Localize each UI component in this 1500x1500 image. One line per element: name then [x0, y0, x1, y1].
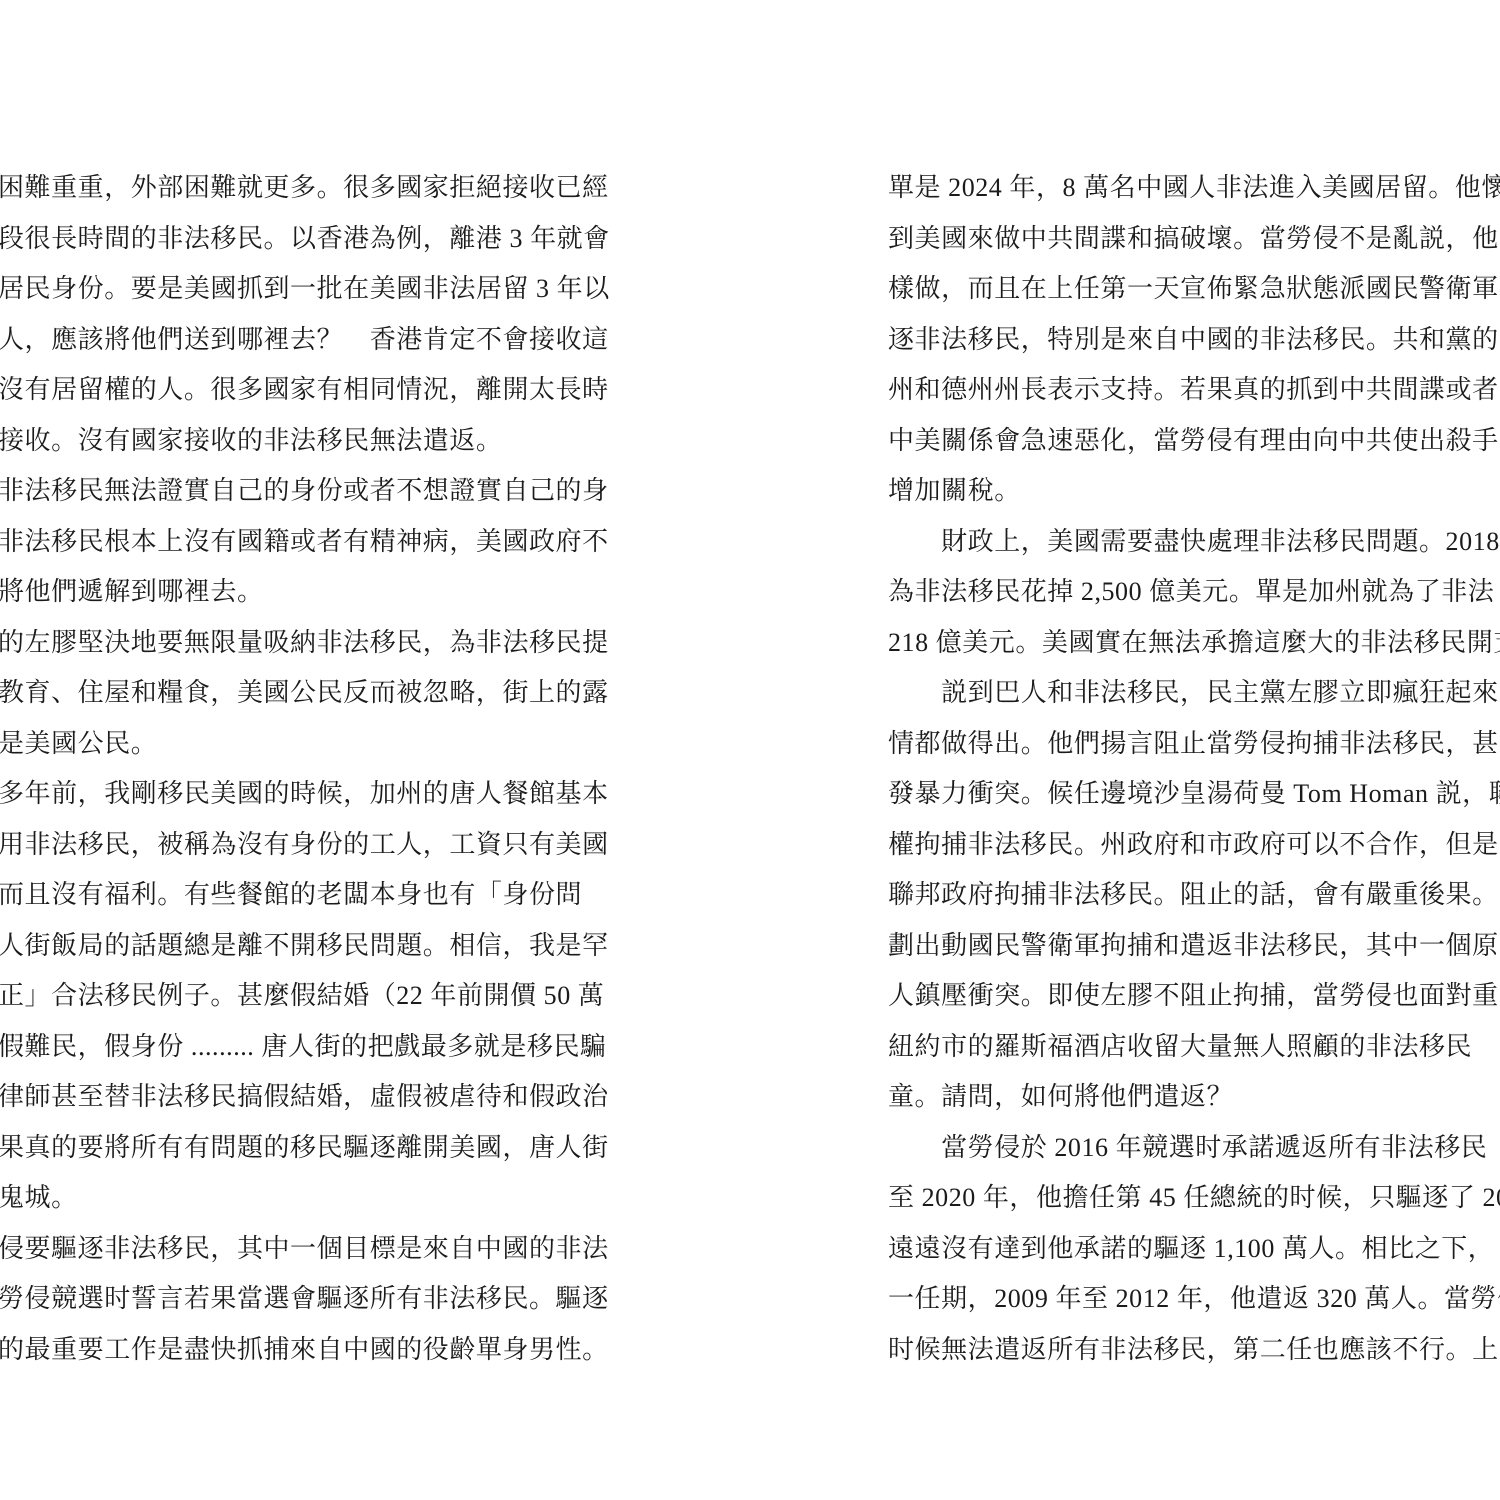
left-text-column: 困難重重，外部困難就更多。很多國家拒絕接收已經 段很長時間的非法移民。以香港為例…: [0, 163, 610, 1375]
right-text-column: 單是 2024 年，8 萬名中國人非法進入美國居留。他懷 到美國來做中共間諜和搞…: [888, 163, 1500, 1375]
text-line: 情都做得出。他們揚言阻止當勞侵拘捕非法移民，甚: [888, 719, 1500, 770]
text-line: 權拘捕非法移民。州政府和市政府可以不合作，但是: [888, 820, 1500, 871]
text-line: 非法移民根本上沒有國籍或者有精神病，美國政府不: [0, 517, 610, 568]
text-line: 增加關稅。: [888, 466, 1500, 517]
text-line: 正」合法移民例子。甚麼假結婚（22 年前開價 50 萬: [0, 971, 610, 1022]
text-line: 沒有居留權的人。很多國家有相同情況，離開太長時: [0, 365, 610, 416]
text-line: 財政上，美國需要盡快處理非法移民問題。2018: [888, 517, 1500, 568]
text-line: 發暴力衝突。候任邊境沙皇湯荷曼 Tom Homan 説，聯: [888, 769, 1500, 820]
text-line: 人，應該將他們送到哪裡去？ 香港肯定不會接收這: [0, 315, 610, 366]
text-line: 教育、住屋和糧食，美國公民反而被忽略，街上的露: [0, 668, 610, 719]
text-line: 聯邦政府拘捕非法移民。阻止的話，會有嚴重後果。: [888, 870, 1500, 921]
text-line: 紐約市的羅斯福酒店收留大量無人照顧的非法移民: [888, 1022, 1500, 1073]
text-line: 樣做，而且在上任第一天宣佈緊急狀態派國民警衛軍: [888, 264, 1500, 315]
text-line: 218 億美元。美國實在無法承擔這麼大的非法移民開支: [888, 618, 1500, 669]
text-line: 的左膠堅決地要無限量吸納非法移民，為非法移民提: [0, 618, 610, 669]
text-line: 至 2020 年，他擔任第 45 任總統的时候，只驅逐了 20: [888, 1173, 1500, 1224]
text-line: 果真的要將所有有問題的移民驅逐離開美國，唐人街: [0, 1123, 610, 1174]
text-line: 而且沒有福利。有些餐館的老闆本身也有「身份問: [0, 870, 610, 921]
text-line: 非法移民無法證實自己的身份或者不想證實自己的身: [0, 466, 610, 517]
text-line: 是美國公民。: [0, 719, 610, 770]
text-line: 律師甚至替非法移民搞假結婚，虛假被虐待和假政治: [0, 1072, 610, 1123]
text-line: 到美國來做中共間諜和搞破壞。當勞侵不是亂説，他: [888, 214, 1500, 265]
text-line: 為非法移民花掉 2,500 億美元。單是加州就為了非法: [888, 567, 1500, 618]
text-line: 侵要驅逐非法移民，其中一個目標是來自中國的非法: [0, 1224, 610, 1275]
text-line: 的最重要工作是盡快抓捕來自中國的役齡單身男性。: [0, 1325, 610, 1376]
text-line: 段很長時間的非法移民。以香港為例，離港 3 年就會: [0, 214, 610, 265]
text-line: 多年前，我剛移民美國的時候，加州的唐人餐館基本: [0, 769, 610, 820]
text-line: 假難民，假身份 ......... 唐人街的把戲最多就是移民騙: [0, 1022, 610, 1073]
text-line: 童。請問，如何將他們遣返？: [888, 1072, 1500, 1123]
text-line: 一任期，2009 年至 2012 年，他遣返 320 萬人。當勞侵: [888, 1274, 1500, 1325]
text-line: 勞侵競選时誓言若果當選會驅逐所有非法移民。驅逐: [0, 1274, 610, 1325]
text-line: 中美關係會急速惡化，當勞侵有理由向中共使出殺手: [888, 416, 1500, 467]
text-line: 接收。沒有國家接收的非法移民無法遣返。: [0, 416, 610, 467]
text-line: 居民身份。要是美國抓到一批在美國非法居留 3 年以: [0, 264, 610, 315]
text-line: 人鎮壓衝突。即使左膠不阻止拘捕，當勞侵也面對重: [888, 971, 1500, 1022]
text-line: 用非法移民，被稱為沒有身份的工人，工資只有美國: [0, 820, 610, 871]
text-line: 逐非法移民，特別是來自中國的非法移民。共和黨的: [888, 315, 1500, 366]
text-line: 困難重重，外部困難就更多。很多國家拒絕接收已經: [0, 163, 610, 214]
text-line: 説到巴人和非法移民，民主黨左膠立即瘋狂起來: [888, 668, 1500, 719]
text-line: 劃出動國民警衛軍拘捕和遣返非法移民，其中一個原: [888, 921, 1500, 972]
text-line: 單是 2024 年，8 萬名中國人非法進入美國居留。他懷: [888, 163, 1500, 214]
text-line: 人街飯局的話題總是離不開移民問題。相信，我是罕: [0, 921, 610, 972]
text-line: 將他們遞解到哪裡去。: [0, 567, 610, 618]
text-line: 當勞侵於 2016 年競選时承諾遞返所有非法移民: [888, 1123, 1500, 1174]
text-line: 时候無法遣返所有非法移民，第二任也應該不行。上: [888, 1325, 1500, 1376]
document-page: 困難重重，外部困難就更多。很多國家拒絕接收已經 段很長時間的非法移民。以香港為例…: [0, 0, 1500, 1500]
text-line: 州和德州州長表示支持。若果真的抓到中共間諜或者: [888, 365, 1500, 416]
text-line: 遠遠沒有達到他承諾的驅逐 1,100 萬人。相比之下，: [888, 1224, 1500, 1275]
text-line: 鬼城。: [0, 1173, 610, 1224]
